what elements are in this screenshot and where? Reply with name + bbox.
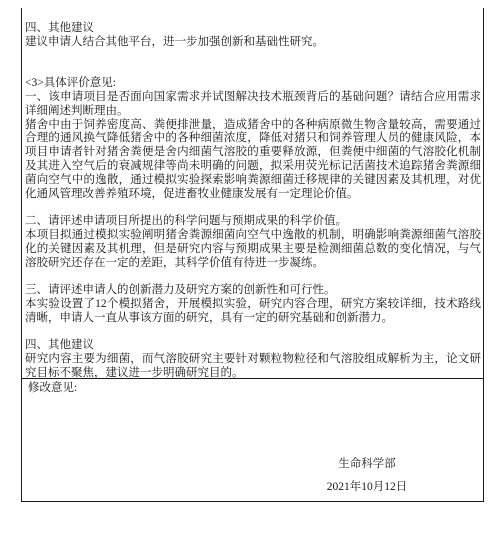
signature-date: 2021年10月12日 (287, 480, 447, 494)
question-1: 一、该申请项目是否面向国家需求并试图解决技术瓶颈背后的基础问题？请结合应用需求详… (25, 91, 481, 119)
answer-3: 本实验设置了12个模拟猪舍，开展模拟实验，研究内容合理，研究方案较详细，技术路线… (25, 298, 481, 326)
answer-2: 本项目拟通过模拟实验阐明猪舍粪源细菌向空气中逸散的机制，明确影响粪源细菌气溶胶化… (25, 229, 481, 270)
signature-block: 生命科学部 2021年10月12日 (287, 457, 447, 494)
revision-comments-cell: 修改意见: 生命科学部 2021年10月12日 (22, 379, 483, 501)
review-form-table: 四、其他建议 建议申请人结合其他平台，进一步加强创新和基础性研究。 <3>具体评… (21, 8, 484, 502)
specific-comments-heading: <3>具体评价意见: (25, 77, 481, 91)
question-2: 二、请评述申请项目所提出的科学问题与预期成果的科学价值。 (25, 215, 481, 229)
question-3: 三、请评述申请人的创新潜力及研究方案的创新性和可行性。 (25, 284, 481, 298)
revision-comments-label: 修改意见: (28, 382, 77, 394)
evaluation-comments-cell: 四、其他建议 建议申请人结合其他平台，进一步加强创新和基础性研究。 <3>具体评… (22, 8, 483, 379)
answer-4: 研究内容主要为细菌，而气溶胶研究主要针对颗粒物粒径和气溶胶组成解析为主，论文研究… (25, 353, 481, 379)
signature-department: 生命科学部 (287, 457, 447, 471)
answer-1: 猪舍中由于饲养密度高、粪便排泄量，造成猪舍中的各种病原微生物含量较高，需要通过合… (25, 119, 481, 202)
other-suggestions-body: 建议申请人结合其他平台，进一步加强创新和基础性研究。 (25, 36, 481, 50)
question-4: 四、其他建议 (25, 339, 481, 353)
other-suggestions-heading: 四、其他建议 (25, 22, 481, 36)
